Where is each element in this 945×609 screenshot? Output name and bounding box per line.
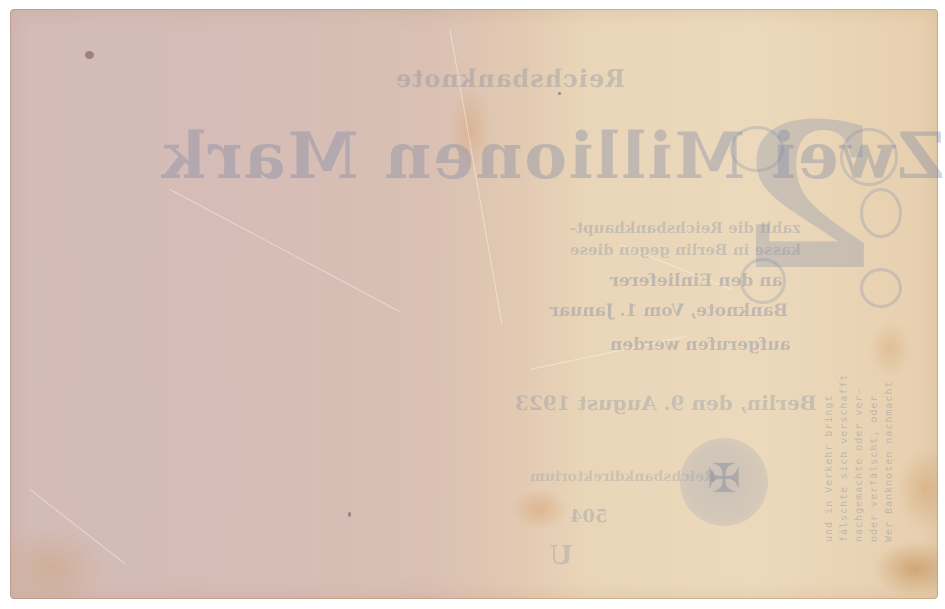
numeral-two: 2 — [738, 98, 877, 298]
reichsadler-seal: ✠ — [680, 438, 768, 526]
ornate-numeral-icon: 2 — [720, 118, 905, 308]
bleed-line: aufgerufen werden — [610, 335, 791, 355]
paper-crease — [30, 489, 125, 564]
legal-text-line: und in Verkehr bringt — [824, 322, 835, 542]
bleed-title: Reichsbanknote — [395, 64, 625, 93]
legal-text-line: oder verfälscht, oder — [869, 322, 880, 542]
legal-text-line: fälschte sich verschafft — [839, 322, 850, 542]
bleed-city-date: Berlin, den 9. August 1923 — [515, 391, 817, 415]
ink-spot — [85, 51, 94, 59]
legal-text-line: Wer Banknoten nachmacht — [884, 322, 895, 542]
legal-text-block: Wer Banknoten nachmacht oder verfälscht,… — [795, 322, 895, 542]
ink-spot — [348, 512, 351, 517]
bleed-serial: 504 — [570, 506, 608, 527]
paper-crease — [170, 189, 400, 312]
eagle-icon: ✠ — [680, 456, 768, 502]
legal-text-line: nachgemachte oder ver- — [854, 322, 865, 542]
bleed-serial-letter: U — [550, 541, 573, 571]
